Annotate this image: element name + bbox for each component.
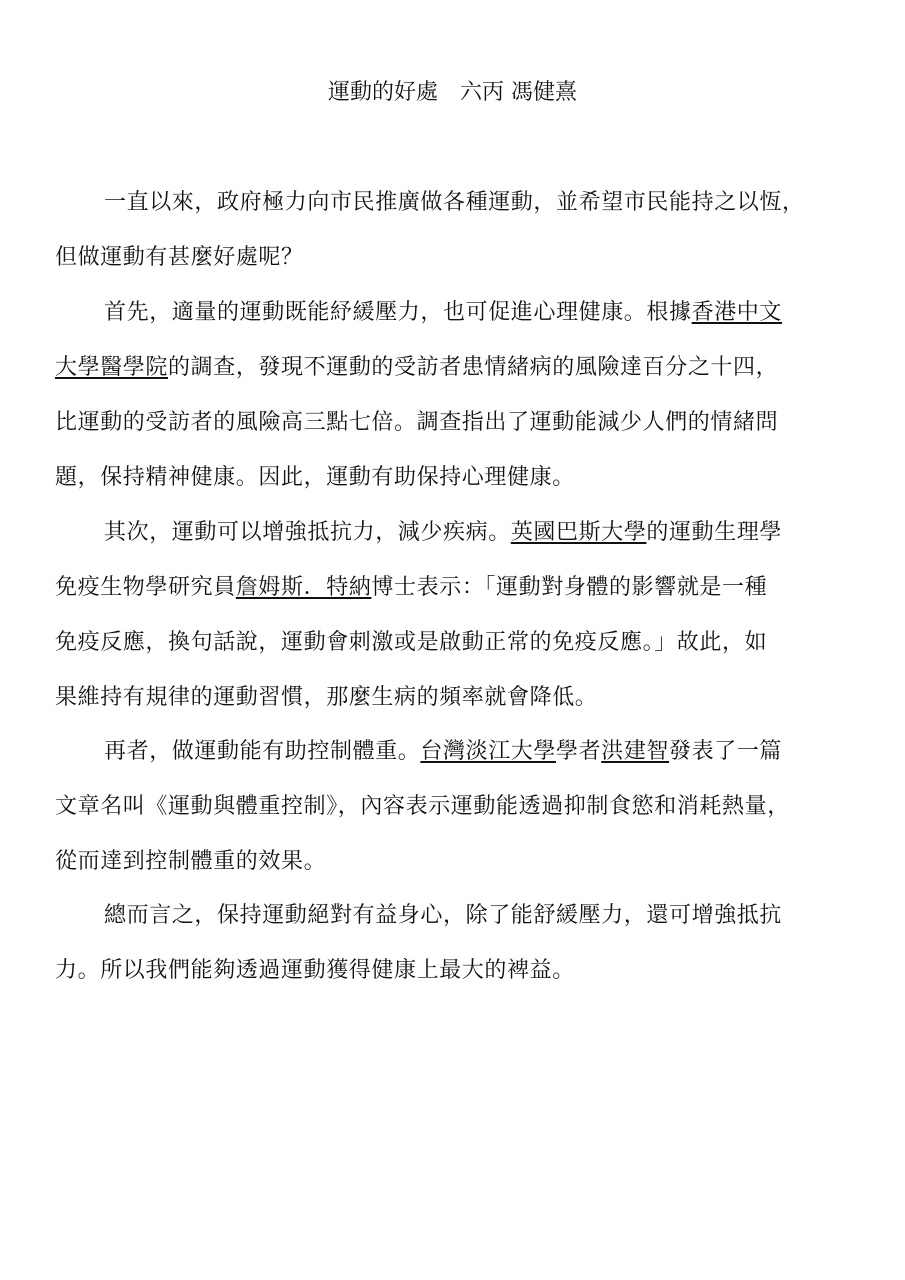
underlined-source-name: 英國巴斯大學 [511, 520, 647, 545]
text-segment: 比運動的受訪者的風險高三點七倍。調查指出了運動能減少人們的情緒問 [55, 410, 778, 435]
text-segment: 但做運動有甚麼好處呢？ [55, 245, 304, 270]
underlined-source-name: 大學醫學院 [55, 355, 168, 380]
text-segment: 題，保持精神健康。因此，運動有助保持心理健康。 [55, 465, 575, 490]
text-segment: 首先，適量的運動既能紓緩壓力，也可促進心理健康。根據 [104, 300, 692, 325]
paragraph-3-line-1: 其次，運動可以增強抵抗力，減少疾病。英國巴斯大學的運動生理學 [104, 518, 782, 548]
underlined-source-name: 台灣淡江大學 [420, 739, 556, 764]
text-segment: 果維持有規律的運動習慣，那麼生病的頻率就會降低。 [55, 685, 597, 710]
underlined-person-name: 詹姆斯．特納 [236, 575, 372, 600]
text-segment: 從而達到控制體重的效果。 [55, 849, 326, 874]
text-segment: 力。所以我們能夠透過運動獲得健康上最大的裨益。 [55, 958, 575, 983]
text-segment: 其次，運動可以增強抵抗力，減少疾病。 [104, 520, 511, 545]
text-segment: 發表了一篇 [669, 739, 782, 764]
paragraph-2-line-2: 大學醫學院的調查，發現不運動的受訪者患情緒病的風險達百分之十四， [55, 353, 778, 383]
paragraph-3-line-3: 免疫反應，換句話說，運動會刺激或是啟動正常的免疫反應。」故此，如 [55, 628, 767, 658]
paragraph-4-line-2: 文章名叫《運動與體重控制》，內容表示運動能透過抑制食慾和消耗熱量， [55, 792, 790, 822]
text-segment: 免疫生物學研究員 [55, 575, 236, 600]
paragraph-2-line-3: 比運動的受訪者的風險高三點七倍。調查指出了運動能減少人們的情緒問 [55, 408, 778, 438]
text-segment: 總而言之，保持運動絕對有益身心，除了能舒緩壓力，還可增強抵抗 [104, 903, 782, 928]
paragraph-3-line-4: 果維持有規律的運動習慣，那麼生病的頻率就會降低。 [55, 683, 597, 713]
paragraph-5-line-2: 力。所以我們能夠透過運動獲得健康上最大的裨益。 [55, 956, 575, 986]
underlined-source-name: 香港中文 [692, 300, 782, 325]
paragraph-4-line-3: 從而達到控制體重的效果。 [55, 847, 326, 877]
document-title: 運動的好處 六丙 馮健熹 [0, 78, 905, 108]
paragraph-2-line-4: 題，保持精神健康。因此，運動有助保持心理健康。 [55, 463, 575, 493]
paragraph-1-line-1: 一直以來，政府極力向市民推廣做各種運動，並希望市民能持之以恆， [104, 188, 805, 218]
text-segment: 一直以來，政府極力向市民推廣做各種運動，並希望市民能持之以恆， [104, 190, 805, 215]
paragraph-3-line-2: 免疫生物學研究員詹姆斯．特納博士表示：「運動對身體的影響就是一種 [55, 573, 767, 603]
text-segment: 的調查，發現不運動的受訪者患情緒病的風險達百分之十四， [168, 355, 778, 380]
text-segment: 博士表示：「運動對身體的影響就是一種 [371, 575, 767, 600]
text-segment: 再者，做運動能有助控制體重。 [104, 739, 420, 764]
paragraph-4-line-1: 再者，做運動能有助控制體重。台灣淡江大學學者洪建智發表了一篇 [104, 737, 782, 767]
paragraph-5-line-1: 總而言之，保持運動絕對有益身心，除了能舒緩壓力，還可增強抵抗 [104, 901, 782, 931]
document-page: 運動的好處 六丙 馮健熹 一直以來，政府極力向市民推廣做各種運動，並希望市民能持… [0, 0, 905, 1280]
text-segment: 學者 [556, 739, 601, 764]
text-segment: 免疫反應，換句話說，運動會刺激或是啟動正常的免疫反應。」故此，如 [55, 630, 767, 655]
text-segment: 文章名叫《運動與體重控制》，內容表示運動能透過抑制食慾和消耗熱量， [55, 794, 790, 819]
underlined-person-name: 洪建智 [601, 739, 669, 764]
text-segment: 的運動生理學 [646, 520, 782, 545]
paragraph-1-line-2: 但做運動有甚麼好處呢？ [55, 243, 304, 273]
paragraph-2-line-1: 首先，適量的運動既能紓緩壓力，也可促進心理健康。根據香港中文 [104, 298, 782, 328]
